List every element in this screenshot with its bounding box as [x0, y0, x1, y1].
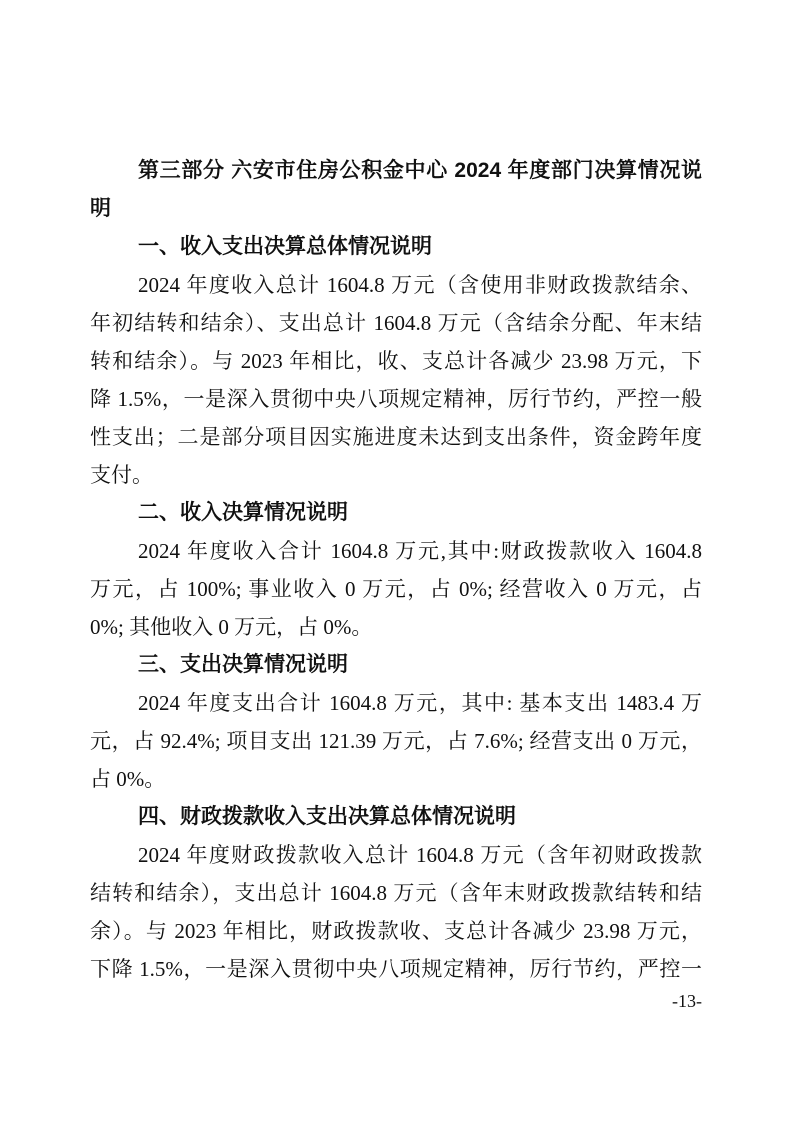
para-3-line-3: 占 0%。	[90, 760, 702, 798]
para-1-line-2: 年初结转和结余）、支出总计 1604.8 万元（含结余分配、年末结	[90, 304, 702, 342]
para-2-line-2: 万元，占 100%; 事业收入 0 万元，占 0%; 经营收入 0 万元，占	[90, 570, 702, 608]
heading-section-3: 三、支出决算情况说明	[90, 646, 702, 684]
para-1-line-5: 性支出；二是部分项目因实施进度未达到支出条件，资金跨年度	[90, 418, 702, 456]
para-2-line-1: 2024 年度收入合计 1604.8 万元,其中:财政拨款收入 1604.8	[90, 532, 702, 570]
para-1-line-6: 支付。	[90, 456, 702, 494]
para-4-line-2: 结转和结余），支出总计 1604.8 万元（含年末财政拨款结转和结	[90, 874, 702, 912]
para-1-line-3: 转和结余）。与 2023 年相比，收、支总计各减少 23.98 万元，下	[90, 342, 702, 380]
document-body: 第三部分 六安市住房公积金中心 2024 年度部门决算情况说 明 一、收入支出决…	[90, 152, 702, 988]
doc-title-line-2: 明	[90, 190, 702, 228]
para-1-line-4: 降 1.5%，一是深入贯彻中央八项规定精神，厉行节约，严控一般	[90, 380, 702, 418]
para-3-line-2: 元，占 92.4%; 项目支出 121.39 万元，占 7.6%; 经营支出 0…	[90, 722, 702, 760]
para-4-line-3: 余）。与 2023 年相比，财政拨款收、支总计各减少 23.98 万元，	[90, 912, 702, 950]
doc-title-line-1: 第三部分 六安市住房公积金中心 2024 年度部门决算情况说	[90, 152, 702, 190]
para-2-line-3: 0%; 其他收入 0 万元，占 0%。	[90, 608, 702, 646]
para-4-line-1: 2024 年度财政拨款收入总计 1604.8 万元（含年初财政拨款	[90, 836, 702, 874]
heading-section-4: 四、财政拨款收入支出决算总体情况说明	[90, 798, 702, 836]
page-number: -13-	[90, 990, 702, 1012]
heading-section-1: 一、收入支出决算总体情况说明	[90, 228, 702, 266]
para-4-line-4: 下降 1.5%，一是深入贯彻中央八项规定精神，厉行节约，严控一	[90, 950, 702, 988]
heading-section-2: 二、收入决算情况说明	[90, 494, 702, 532]
para-1-line-1: 2024 年度收入总计 1604.8 万元（含使用非财政拨款结余、	[90, 266, 702, 304]
para-3-line-1: 2024 年度支出合计 1604.8 万元，其中: 基本支出 1483.4 万	[90, 684, 702, 722]
document-page: 第三部分 六安市住房公积金中心 2024 年度部门决算情况说 明 一、收入支出决…	[0, 0, 793, 1122]
